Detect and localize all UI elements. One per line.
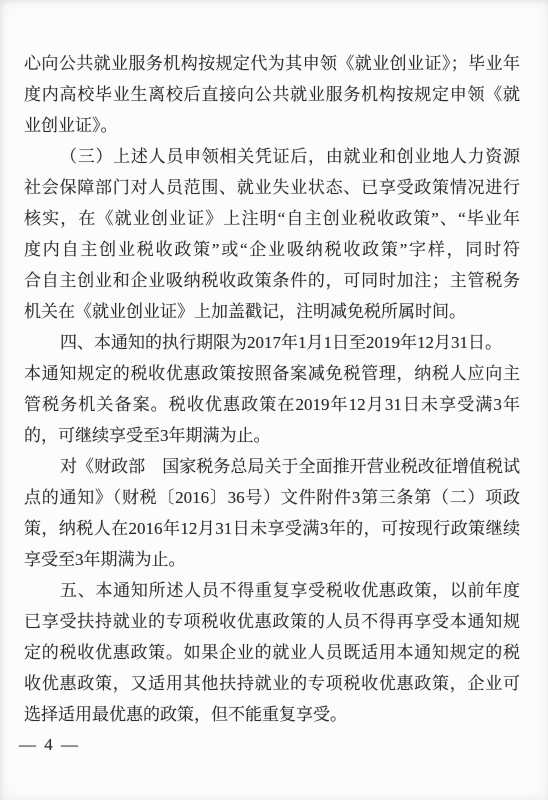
text-line: 度内高校毕业生离校后直接向公共就业服务机构按规定申领《就	[24, 79, 520, 110]
text-line: 心向公共就业服务机构按规定代为其申领《就业创业证》；毕业年	[24, 48, 520, 79]
text-line: 四、本通知的执行期限为2017年1月1日至2019年12月31日。	[24, 327, 520, 358]
text-line: （三）上述人员申领相关凭证后，由就业和创业地人力资源	[24, 141, 520, 172]
text-line: 定的税收优惠政策。如果企业的就业人员既适用本通知规定的税	[24, 637, 520, 668]
text-line: 享受至3年期满为止。	[24, 544, 520, 575]
scanned-document-page: 心向公共就业服务机构按规定代为其申领《就业创业证》；毕业年 度内高校毕业生离校后…	[0, 0, 548, 800]
page-number: — 4 —	[0, 732, 548, 758]
text-line: 点的通知》（财税〔2016〕36号）文件附件3第三条第（二）项政	[24, 482, 520, 513]
text-line: 五、本通知所述人员不得重复享受税收优惠政策，以前年度	[24, 575, 520, 606]
text-line: 本通知规定的税收优惠政策按照备案减免税管理，纳税人应向主	[24, 358, 520, 389]
text-line: 选择适用最优惠的政策，但不能重复享受。	[24, 699, 520, 730]
text-line: 业创业证》。	[24, 110, 520, 141]
text-line: 对《财政部 国家税务总局关于全面推开营业税改征增值税试	[24, 451, 520, 482]
text-line: 机关在《就业创业证》上加盖戳记，注明减免税所属时间。	[24, 296, 520, 327]
text-line: 合自主创业和企业吸纳税收政策条件的，可同时加注；主管税务	[24, 265, 520, 296]
document-body: 心向公共就业服务机构按规定代为其申领《就业创业证》；毕业年 度内高校毕业生离校后…	[0, 0, 548, 730]
text-line: 度内自主创业税收政策”或“企业吸纳税收政策”字样，同时符	[24, 234, 520, 265]
text-line: 策，纳税人在2016年12月31日未享受满3年的，可按现行政策继续	[24, 513, 520, 544]
text-line: 核实，在《就业创业证》上注明“自主创业税收政策”、“毕业年	[24, 203, 520, 234]
text-line: 社会保障部门对人员范围、就业失业状态、已享受政策情况进行	[24, 172, 520, 203]
text-line: 管税务机关备案。税收优惠政策在2019年12月31日未享受满3年	[24, 389, 520, 420]
text-line: 收优惠政策，又适用其他扶持就业的专项税收优惠政策，企业可	[24, 668, 520, 699]
text-line: 已享受扶持就业的专项税收优惠政策的人员不得再享受本通知规	[24, 606, 520, 637]
text-line: 的，可继续享受至3年期满为止。	[24, 420, 520, 451]
